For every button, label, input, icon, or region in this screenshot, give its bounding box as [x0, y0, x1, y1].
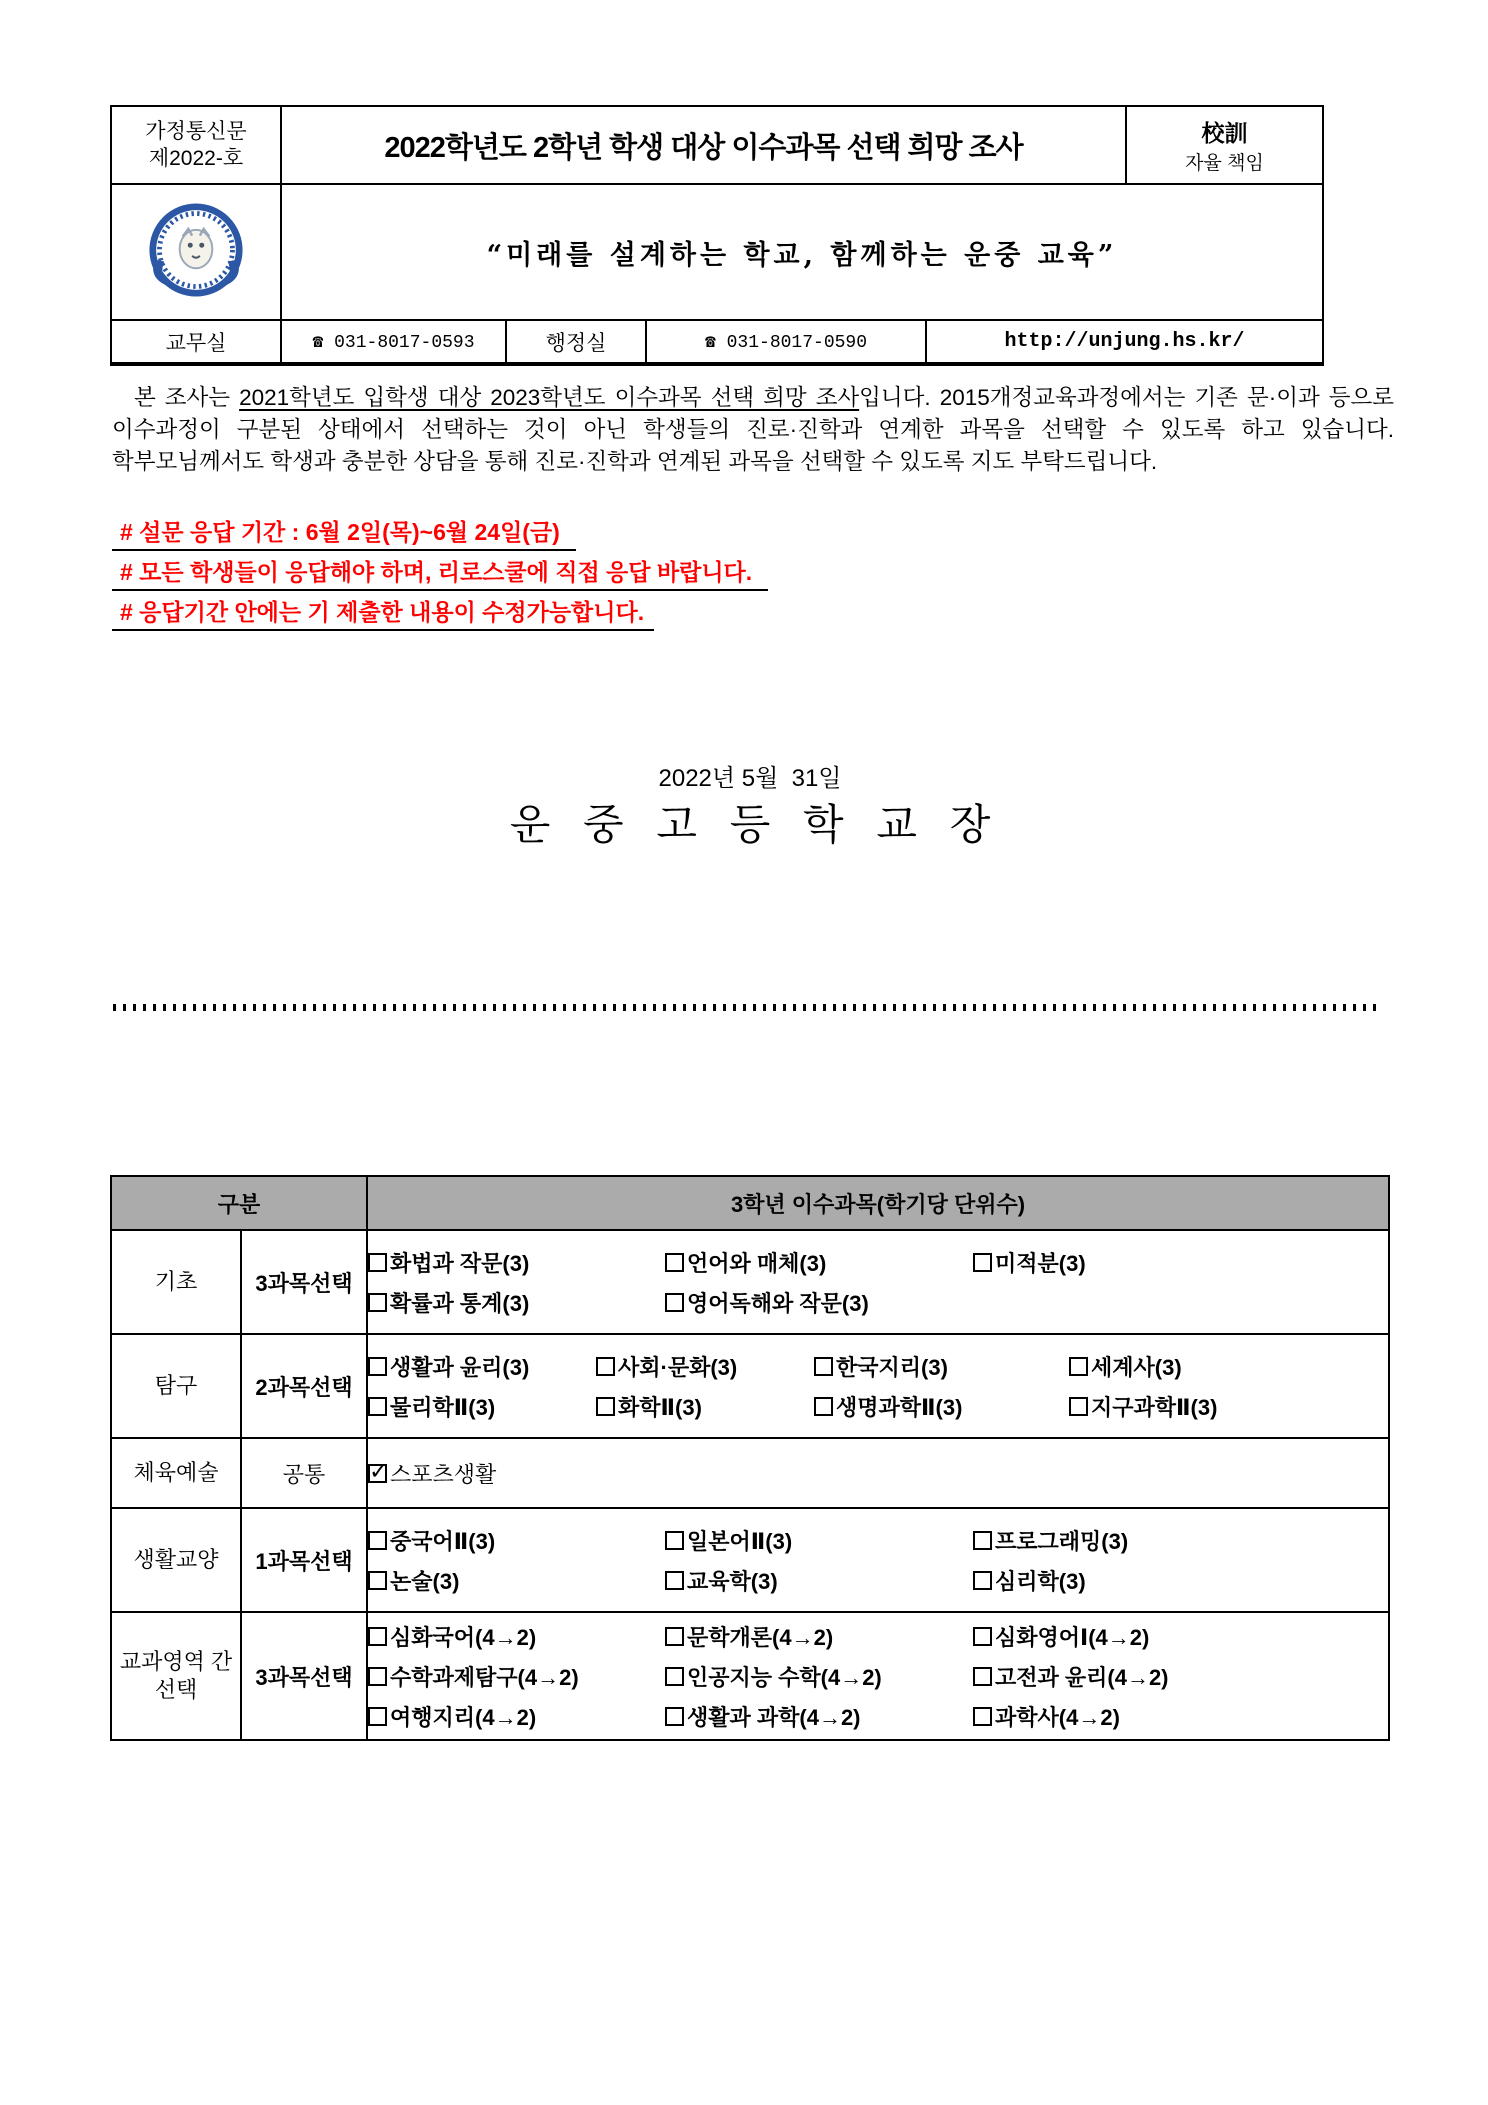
checkbox-icon [368, 1293, 387, 1312]
header-table: 가정통신문 제2022-호 2022학년도 2학년 학생 대상 이수과목 선택 … [110, 105, 1324, 366]
course-table: 구분 3학년 이수과목(학기당 단위수) 기초3과목선택화법과 작문(3)언어와… [110, 1175, 1390, 1741]
school-emblem-icon [148, 202, 244, 298]
subject-label: 심리학(3) [995, 1565, 1086, 1596]
subject-item: 생활과 과학(4→2) [665, 1701, 973, 1732]
subject-label: 생활과 윤리(3) [390, 1351, 529, 1382]
checkbox-icon [973, 1571, 992, 1590]
subject-item: 언어와 매체(3) [665, 1247, 973, 1278]
subject-label: 지구과학Ⅱ(3) [1091, 1391, 1217, 1422]
motto-value: 자율 책임 [1127, 148, 1322, 175]
subject-label: 여행지리(4→2) [390, 1701, 536, 1732]
doc-number-cell: 가정통신문 제2022-호 [111, 106, 281, 184]
subject-label: 일본어Ⅱ(3) [687, 1525, 792, 1556]
principal-signature: 운중고등학교장 [126, 792, 1406, 852]
checkbox-icon [665, 1531, 684, 1550]
subject-label: 화학Ⅱ(3) [618, 1391, 702, 1422]
subject-label: 고전과 윤리(4→2) [995, 1661, 1169, 1692]
office1-phone: ☎ 031-8017-0593 [281, 320, 506, 364]
category-cell: 탐구 [111, 1334, 241, 1438]
checkbox-icon [368, 1357, 387, 1376]
subject-label: 미적분(3) [995, 1247, 1086, 1278]
intro-text-underlined: 2021학년도 입학생 대상 2023학년도 이수과목 선택 희망 조사 [239, 385, 859, 410]
subject-label: 인공지능 수학(4→2) [687, 1661, 882, 1692]
checkbox-icon [973, 1707, 992, 1726]
subject-label: 언어와 매체(3) [687, 1247, 826, 1278]
subject-label: 과학사(4→2) [995, 1701, 1120, 1732]
selection-count-cell: 3과목선택 [241, 1230, 367, 1334]
subject-item: 일본어Ⅱ(3) [665, 1525, 973, 1556]
subjects-cell: 심화국어(4→2)문학개론(4→2)심화영어Ⅰ(4→2)수학과제탐구(4→2)인… [367, 1612, 1389, 1740]
dotted-separator [113, 1004, 1381, 1011]
checkbox-icon [665, 1667, 684, 1686]
school-website: http://unjung.hs.kr/ [926, 320, 1323, 364]
column-header-subjects: 3학년 이수과목(학기당 단위수) [367, 1176, 1389, 1230]
category-cell: 생활교양 [111, 1508, 241, 1612]
subject-item: 교육학(3) [665, 1565, 973, 1596]
checkbox-icon [973, 1667, 992, 1686]
checkbox-icon [973, 1253, 992, 1272]
doc-type: 가정통신문 [112, 118, 280, 145]
checkbox-icon [665, 1707, 684, 1726]
subject-label: 논술(3) [390, 1565, 459, 1596]
subject-item: 미적분(3) [973, 1247, 1388, 1278]
subject-item: 세계사(3) [1069, 1351, 1388, 1382]
notice-line: # 설문 응답 기간 : 6월 2일(목)~6월 24일(금) [112, 518, 1394, 551]
subject-item: 지구과학Ⅱ(3) [1069, 1391, 1388, 1422]
subject-item: 중국어Ⅱ(3) [368, 1525, 665, 1556]
subject-item: 심화국어(4→2) [368, 1621, 665, 1652]
subject-item: 인공지능 수학(4→2) [665, 1661, 973, 1692]
notice-text: # 설문 응답 기간 : 6월 2일(목)~6월 24일(금) [112, 518, 576, 551]
course-row: 기초3과목선택화법과 작문(3)언어와 매체(3)미적분(3)확률과 통계(3)… [111, 1230, 1389, 1334]
subject-label: 화법과 작문(3) [390, 1247, 529, 1278]
subject-item: 한국지리(3) [814, 1351, 1069, 1382]
selection-count-cell: 2과목선택 [241, 1334, 367, 1438]
subject-item: 생활과 윤리(3) [368, 1351, 596, 1382]
subject-label: 수학과제탐구(4→2) [390, 1661, 579, 1692]
course-table-header-row: 구분 3학년 이수과목(학기당 단위수) [111, 1176, 1389, 1230]
subjects-cell: 스포츠생활 [367, 1438, 1389, 1508]
checkbox-icon [368, 1627, 387, 1646]
checkbox-icon [665, 1571, 684, 1590]
subject-item: 논술(3) [368, 1565, 665, 1596]
subject-label: 생명과학Ⅱ(3) [836, 1391, 962, 1422]
subject-item: 문학개론(4→2) [665, 1621, 973, 1652]
checkbox-icon [596, 1357, 615, 1376]
checkbox-icon [665, 1253, 684, 1272]
subjects-cell: 중국어Ⅱ(3)일본어Ⅱ(3)프로그래밍(3)논술(3)교육학(3)심리학(3) [367, 1508, 1389, 1612]
office1-label: 교무실 [111, 320, 281, 364]
subject-item: 화학Ⅱ(3) [596, 1391, 814, 1422]
checkbox-icon [368, 1571, 387, 1590]
checkbox-icon [1069, 1357, 1088, 1376]
checkbox-icon [368, 1707, 387, 1726]
checkbox-icon [368, 1531, 387, 1550]
subject-label: 스포츠생활 [390, 1458, 496, 1489]
checkbox-icon [973, 1627, 992, 1646]
subject-item: 고전과 윤리(4→2) [973, 1661, 1388, 1692]
checkbox-icon [368, 1253, 387, 1272]
school-motto-cell: 校訓 자율 책임 [1126, 106, 1323, 184]
checkbox-icon [973, 1531, 992, 1550]
subject-item: 수학과제탐구(4→2) [368, 1661, 665, 1692]
subject-item: 심화영어Ⅰ(4→2) [973, 1621, 1388, 1652]
subjects-cell: 화법과 작문(3)언어와 매체(3)미적분(3)확률과 통계(3)영어독해와 작… [367, 1230, 1389, 1334]
subject-item: 화법과 작문(3) [368, 1247, 665, 1278]
checkbox-checked-icon [368, 1464, 387, 1483]
checkbox-icon [596, 1397, 615, 1416]
selection-count-cell: 1과목선택 [241, 1508, 367, 1612]
subject-label: 영어독해와 작문(3) [687, 1287, 869, 1318]
school-slogan: “미래를 설계하는 학교, 함께하는 운중 교육” [281, 184, 1323, 320]
school-logo-cell [111, 184, 281, 320]
intro-text-before: 본 조사는 [134, 385, 239, 410]
subject-item: 심리학(3) [973, 1565, 1388, 1596]
office2-phone: ☎ 031-8017-0590 [646, 320, 926, 364]
column-header-category: 구분 [111, 1176, 367, 1230]
subject-item: 사회·문화(3) [596, 1351, 814, 1382]
subject-item: 물리학Ⅱ(3) [368, 1391, 596, 1422]
selection-count-cell: 공통 [241, 1438, 367, 1508]
checkbox-icon [814, 1397, 833, 1416]
notice-list: # 설문 응답 기간 : 6월 2일(목)~6월 24일(금) # 모든 학생들… [112, 518, 1394, 638]
subject-item: 프로그래밍(3) [973, 1525, 1388, 1556]
checkbox-icon [814, 1357, 833, 1376]
subject-item: 여행지리(4→2) [368, 1701, 665, 1732]
subject-item: 생명과학Ⅱ(3) [814, 1391, 1069, 1422]
subject-label: 확률과 통계(3) [390, 1287, 529, 1318]
category-cell: 체육예술 [111, 1438, 241, 1508]
subject-label: 물리학Ⅱ(3) [390, 1391, 495, 1422]
checkbox-icon [368, 1397, 387, 1416]
document-page: 가정통신문 제2022-호 2022학년도 2학년 학생 대상 이수과목 선택 … [0, 0, 1488, 2105]
notice-text: # 모든 학생들이 응답해야 하며, 리로스쿨에 직접 응답 바랍니다. [112, 558, 768, 591]
subject-label: 문학개론(4→2) [687, 1621, 833, 1652]
subject-item: 스포츠생활 [368, 1458, 1388, 1489]
selection-count-cell: 3과목선택 [241, 1612, 367, 1740]
subjects-cell: 생활과 윤리(3)사회·문화(3)한국지리(3)세계사(3)물리학Ⅱ(3)화학Ⅱ… [367, 1334, 1389, 1438]
course-row: 탐구2과목선택생활과 윤리(3)사회·문화(3)한국지리(3)세계사(3)물리학… [111, 1334, 1389, 1438]
document-title: 2022학년도 2학년 학생 대상 이수과목 선택 희망 조사 [281, 106, 1126, 184]
subject-label: 심화영어Ⅰ(4→2) [995, 1621, 1149, 1652]
notice-line: # 응답기간 안에는 기 제출한 내용이 수정가능합니다. [112, 598, 1394, 631]
subject-label: 사회·문화(3) [618, 1351, 737, 1382]
subject-label: 프로그래밍(3) [995, 1525, 1128, 1556]
course-row: 생활교양1과목선택중국어Ⅱ(3)일본어Ⅱ(3)프로그래밍(3)논술(3)교육학(… [111, 1508, 1389, 1612]
subject-label: 중국어Ⅱ(3) [390, 1525, 495, 1556]
subject-label: 심화국어(4→2) [390, 1621, 536, 1652]
notice-text: # 응답기간 안에는 기 제출한 내용이 수정가능합니다. [112, 598, 654, 631]
subject-label: 세계사(3) [1091, 1351, 1182, 1382]
issue-date: 2022년 5월 31일 [110, 758, 1390, 793]
checkbox-icon [368, 1667, 387, 1686]
course-row: 교과영역 간 선택3과목선택심화국어(4→2)문학개론(4→2)심화영어Ⅰ(4→… [111, 1612, 1389, 1740]
subject-item: 확률과 통계(3) [368, 1287, 665, 1318]
subject-label: 생활과 과학(4→2) [687, 1701, 861, 1732]
subject-item: 영어독해와 작문(3) [665, 1287, 973, 1318]
category-cell: 교과영역 간 선택 [111, 1612, 241, 1740]
checkbox-icon [665, 1627, 684, 1646]
category-cell: 기초 [111, 1230, 241, 1334]
subject-label: 교육학(3) [687, 1565, 778, 1596]
subject-label: 한국지리(3) [836, 1351, 948, 1382]
subject-item: 과학사(4→2) [973, 1701, 1388, 1732]
office2-label: 행정실 [506, 320, 646, 364]
intro-paragraph: 본 조사는 2021학년도 입학생 대상 2023학년도 이수과목 선택 희망 … [112, 382, 1394, 478]
checkbox-icon [1069, 1397, 1088, 1416]
checkbox-icon [665, 1293, 684, 1312]
course-row: 체육예술공통스포츠생활 [111, 1438, 1389, 1508]
motto-label: 校訓 [1127, 115, 1322, 148]
notice-line: # 모든 학생들이 응답해야 하며, 리로스쿨에 직접 응답 바랍니다. [112, 558, 1394, 591]
doc-issue-number: 제2022-호 [112, 145, 280, 172]
